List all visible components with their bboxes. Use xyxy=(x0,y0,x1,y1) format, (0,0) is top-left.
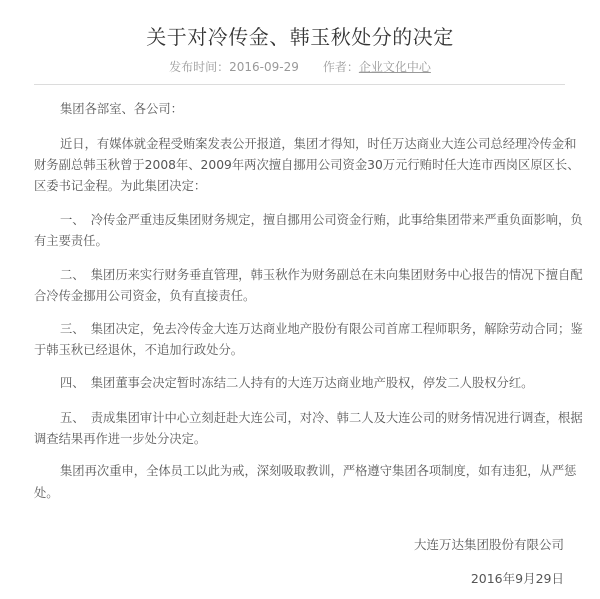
paragraph-line: 有主要责任。 xyxy=(34,233,108,249)
salutation: 集团各部室、各公司： xyxy=(34,101,183,117)
paragraph-line: 区委书记金程。为此集团决定： xyxy=(34,178,206,194)
paragraph-line: 四、 集团董事会决定暂时冻结二人持有的大连万达商业地产股权，停发二人股权分红。 xyxy=(34,375,533,391)
paragraph-line: 三、 集团决定，免去冷传金大连万达商业地产股份有限公司首席工程师职务，解除劳动合… xyxy=(34,321,583,337)
header-divider xyxy=(34,84,565,85)
paragraph-line: 二、 集团历来实行财务垂直管理，韩玉秋作为财务副总在未向集团财务中心报告的情况下… xyxy=(34,267,583,283)
paragraph-line: 于韩玉秋已经退休，不追加行政处分。 xyxy=(34,342,243,358)
paragraph-line: 处。 xyxy=(34,485,59,501)
page-title: 关于对冷传金、韩玉秋处分的决定 xyxy=(0,24,600,50)
signature-company: 大连万达集团股份有限公司 xyxy=(414,537,564,553)
paragraph-line: 合冷传金挪用公司资金，负有直接责任。 xyxy=(34,288,255,304)
author-link[interactable]: 企业文化中心 xyxy=(359,60,431,74)
paragraph-line: 财务副总韩玉秋曾于2008年、2009年两次擅自挪用公司资金30万元行贿时任大连… xyxy=(34,157,580,173)
paragraph-line: 集团再次重申，全体员工以此为戒，深刻吸取教训，严格遵守集团各项制度，如有违犯，从… xyxy=(34,463,576,479)
author-label: 作者： xyxy=(323,60,359,74)
paragraph-line: 近日，有媒体就金程受贿案发表公开报道，集团才得知，时任万达商业大连公司总经理冷传… xyxy=(34,136,576,152)
paragraph-line: 调查结果再作进一步处分决定。 xyxy=(34,431,206,447)
article-meta: 发布时间：2016-09-29作者：企业文化中心 xyxy=(0,59,600,75)
publish-date: 发布时间：2016-09-29 xyxy=(169,60,299,74)
paragraph-line: 一、 冷传金严重违反集团财务规定，擅自挪用公司资金行贿，此事给集团带来严重负面影… xyxy=(34,212,583,228)
paragraph-line: 五、 责成集团审计中心立刻赶赴大连公司，对冷、韩二人及大连公司的财务情况进行调查… xyxy=(34,410,583,426)
signature-date: 2016年9月29日 xyxy=(471,571,564,587)
